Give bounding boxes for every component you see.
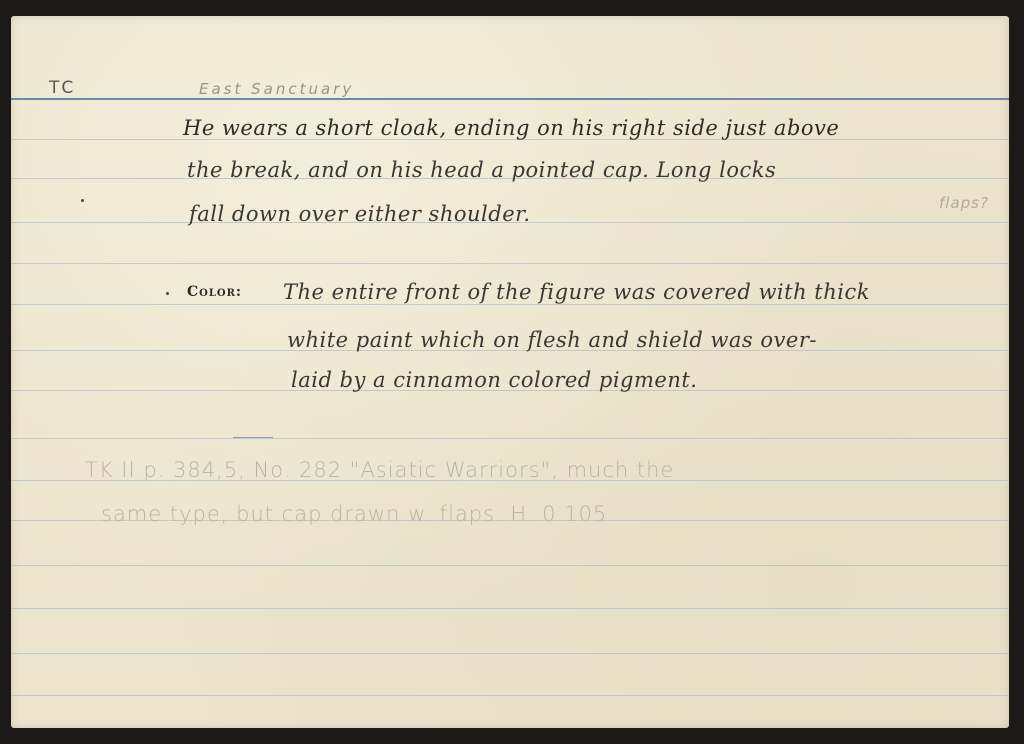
location-label: East Sanctuary	[199, 80, 354, 98]
ruled-line	[11, 695, 1009, 696]
color-label: Color:	[187, 284, 242, 300]
ruled-line	[11, 438, 1009, 439]
ruled-line	[11, 653, 1009, 654]
short-rule-mark	[233, 437, 273, 438]
catalog-code: TC	[49, 78, 76, 98]
ruled-line	[11, 565, 1009, 566]
description-line-3: fall down over either shoulder.	[189, 202, 531, 226]
index-card: TC East Sanctuary He wears a short cloak…	[11, 16, 1009, 728]
color-line-1: The entire front of the figure was cover…	[283, 280, 870, 304]
ruled-line	[11, 608, 1009, 609]
color-line-3: laid by a cinnamon colored pigment.	[291, 368, 697, 392]
bullet-dot	[166, 292, 169, 295]
pencil-note-line-2: same type, but cap drawn w. flaps. H. 0.…	[101, 502, 607, 526]
header-rule	[11, 98, 1009, 100]
description-line-1: He wears a short cloak, ending on his ri…	[183, 116, 839, 140]
description-line-2: the break, and on his head a pointed cap…	[187, 158, 776, 182]
margin-dot	[81, 199, 84, 202]
margin-note: flaps?	[939, 194, 989, 212]
ruled-line	[11, 304, 1009, 305]
pencil-note-line-1: TK II p. 384,5, No. 282 "Asiatic Warrior…	[85, 458, 674, 482]
color-line-2: white paint which on flesh and shield wa…	[287, 328, 817, 352]
ruled-line	[11, 263, 1009, 264]
